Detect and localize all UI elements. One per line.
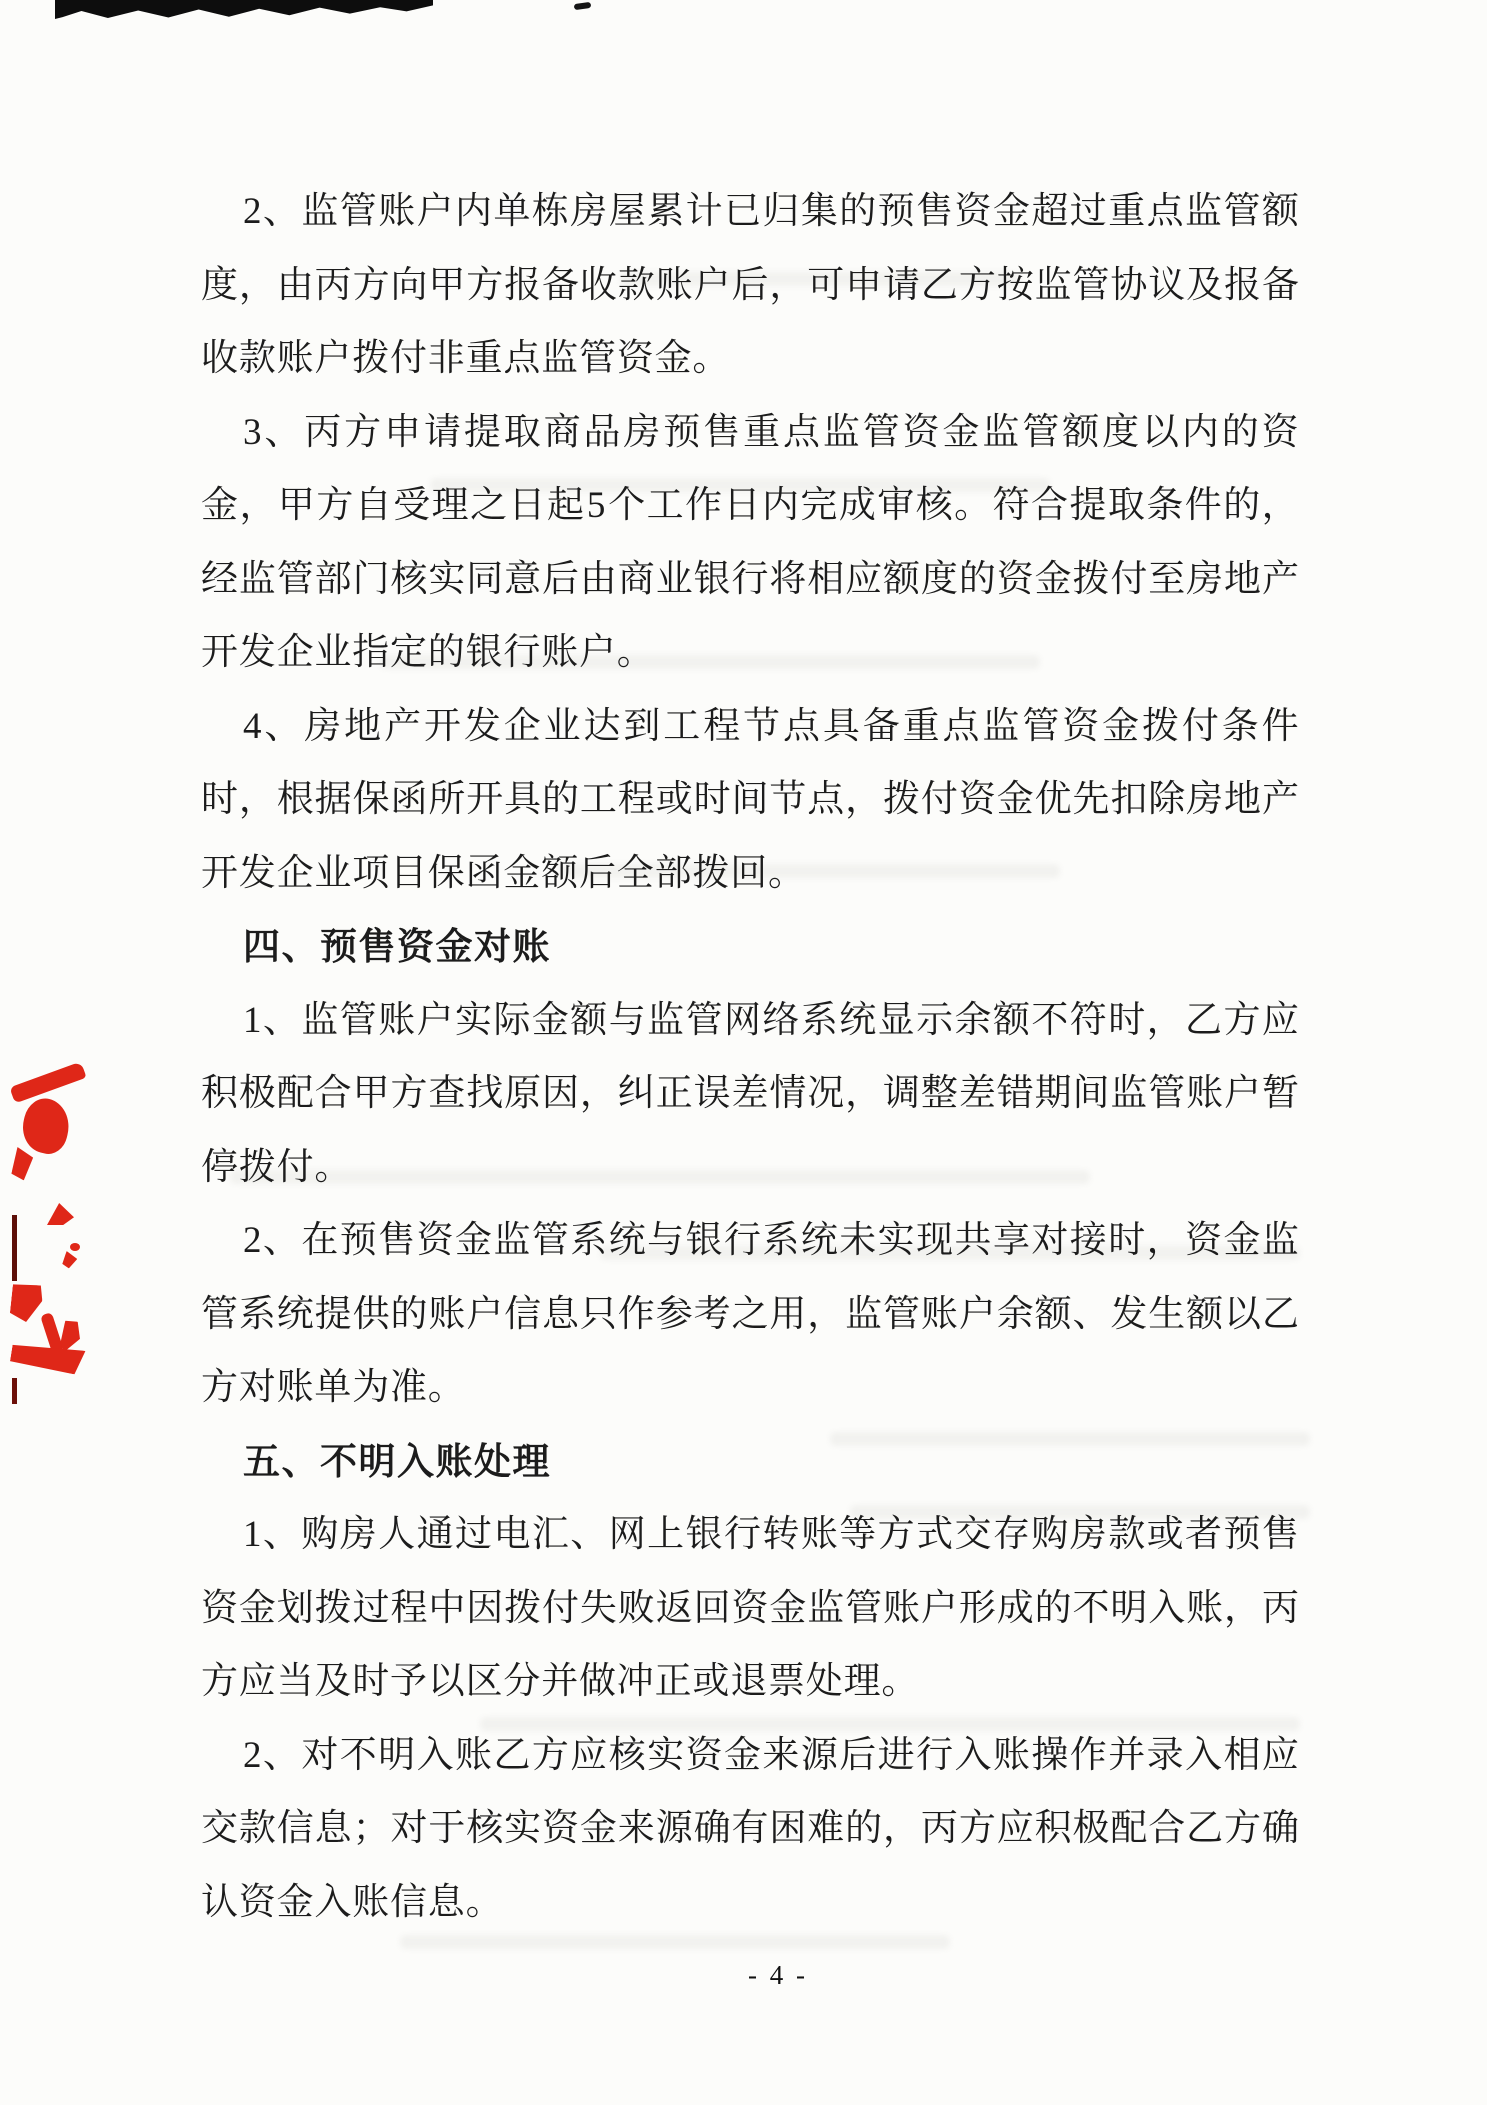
body-line: 金，甲方自受理之日起 5 个工作日内完成审核。符合提取条件的， <box>201 469 1299 543</box>
body-line: 4、房地产开发企业达到工程节点具备重点监管资金拨付条件 <box>201 690 1299 764</box>
body-line: 交款信息；对于核实资金来源确有困难的，丙方应积极配合乙方确 <box>201 1792 1299 1866</box>
stamp-fragment <box>9 1339 85 1375</box>
stamp-fragment <box>9 1062 86 1104</box>
section-heading: 五、不明入账处理 <box>201 1425 1299 1499</box>
body-line: 经监管部门核实同意后由商业银行将相应额度的资金拨付至房地产 <box>201 543 1299 617</box>
body-line: 3、丙方申请提取商品房预售重点监管资金监管额度以内的资 <box>201 396 1299 470</box>
scanned-document-page: 2、监管账户内单栋房屋累计已归集的预售资金超过重点监管额 度，由丙方向甲方报备收… <box>0 0 1487 2105</box>
body-line: 资金划拨过程中因拨付失败返回资金监管账户形成的不明入账，丙 <box>201 1572 1299 1646</box>
stamp-fragment <box>11 1147 35 1182</box>
body-line: 2、监管账户内单栋房屋累计已归集的预售资金超过重点监管额 <box>201 175 1299 249</box>
document-body: 2、监管账户内单栋房屋累计已归集的预售资金超过重点监管额 度，由丙方向甲方报备收… <box>201 175 1299 1939</box>
stamp-fragment <box>70 1243 80 1251</box>
body-line: 停拨付。 <box>201 1131 1299 1205</box>
body-line: 方对账单为准。 <box>201 1351 1299 1425</box>
stamp-fragment <box>61 1251 79 1270</box>
body-line: 1、购房人通过电汇、网上银行转账等方式交存购房款或者预售 <box>201 1498 1299 1572</box>
body-line: 开发企业项目保函金额后全部拨回。 <box>201 837 1299 911</box>
stamp-fragment <box>12 1215 17 1281</box>
stamp-fragment <box>17 1094 75 1158</box>
stamp-fragment <box>9 1282 44 1323</box>
body-line: 方应当及时予以区分并做冲正或退票处理。 <box>201 1645 1299 1719</box>
section-heading: 四、预售资金对账 <box>201 910 1299 984</box>
body-line: 2、对不明入账乙方应核实资金来源后进行入账操作并录入相应 <box>201 1719 1299 1793</box>
scan-speck-artifact <box>574 2 592 10</box>
page-number: - 4 - <box>748 1960 808 1991</box>
body-line: 积极配合甲方查找原因，纠正误差情况，调整差错期间监管账户暂 <box>201 1057 1299 1131</box>
body-line: 1、监管账户实际金额与监管网络系统显示余额不符时，乙方应 <box>201 984 1299 1058</box>
body-line: 度，由丙方向甲方报备收款账户后，可申请乙方按监管协议及报备 <box>201 249 1299 323</box>
stamp-fragment <box>12 1378 17 1404</box>
scan-smudge-artifact <box>55 0 433 19</box>
body-line: 收款账户拨付非重点监管资金。 <box>201 322 1299 396</box>
body-line: 2、在预售资金监管系统与银行系统未实现共享对接时，资金监 <box>201 1204 1299 1278</box>
body-line: 时，根据保函所开具的工程或时间节点，拨付资金优先扣除房地产 <box>201 763 1299 837</box>
body-line: 开发企业指定的银行账户。 <box>201 616 1299 690</box>
stamp-fragment <box>47 1203 74 1225</box>
body-line: 管系统提供的账户信息只作参考之用，监管账户余额、发生额以乙 <box>201 1278 1299 1352</box>
body-line: 认资金入账信息。 <box>201 1866 1299 1940</box>
